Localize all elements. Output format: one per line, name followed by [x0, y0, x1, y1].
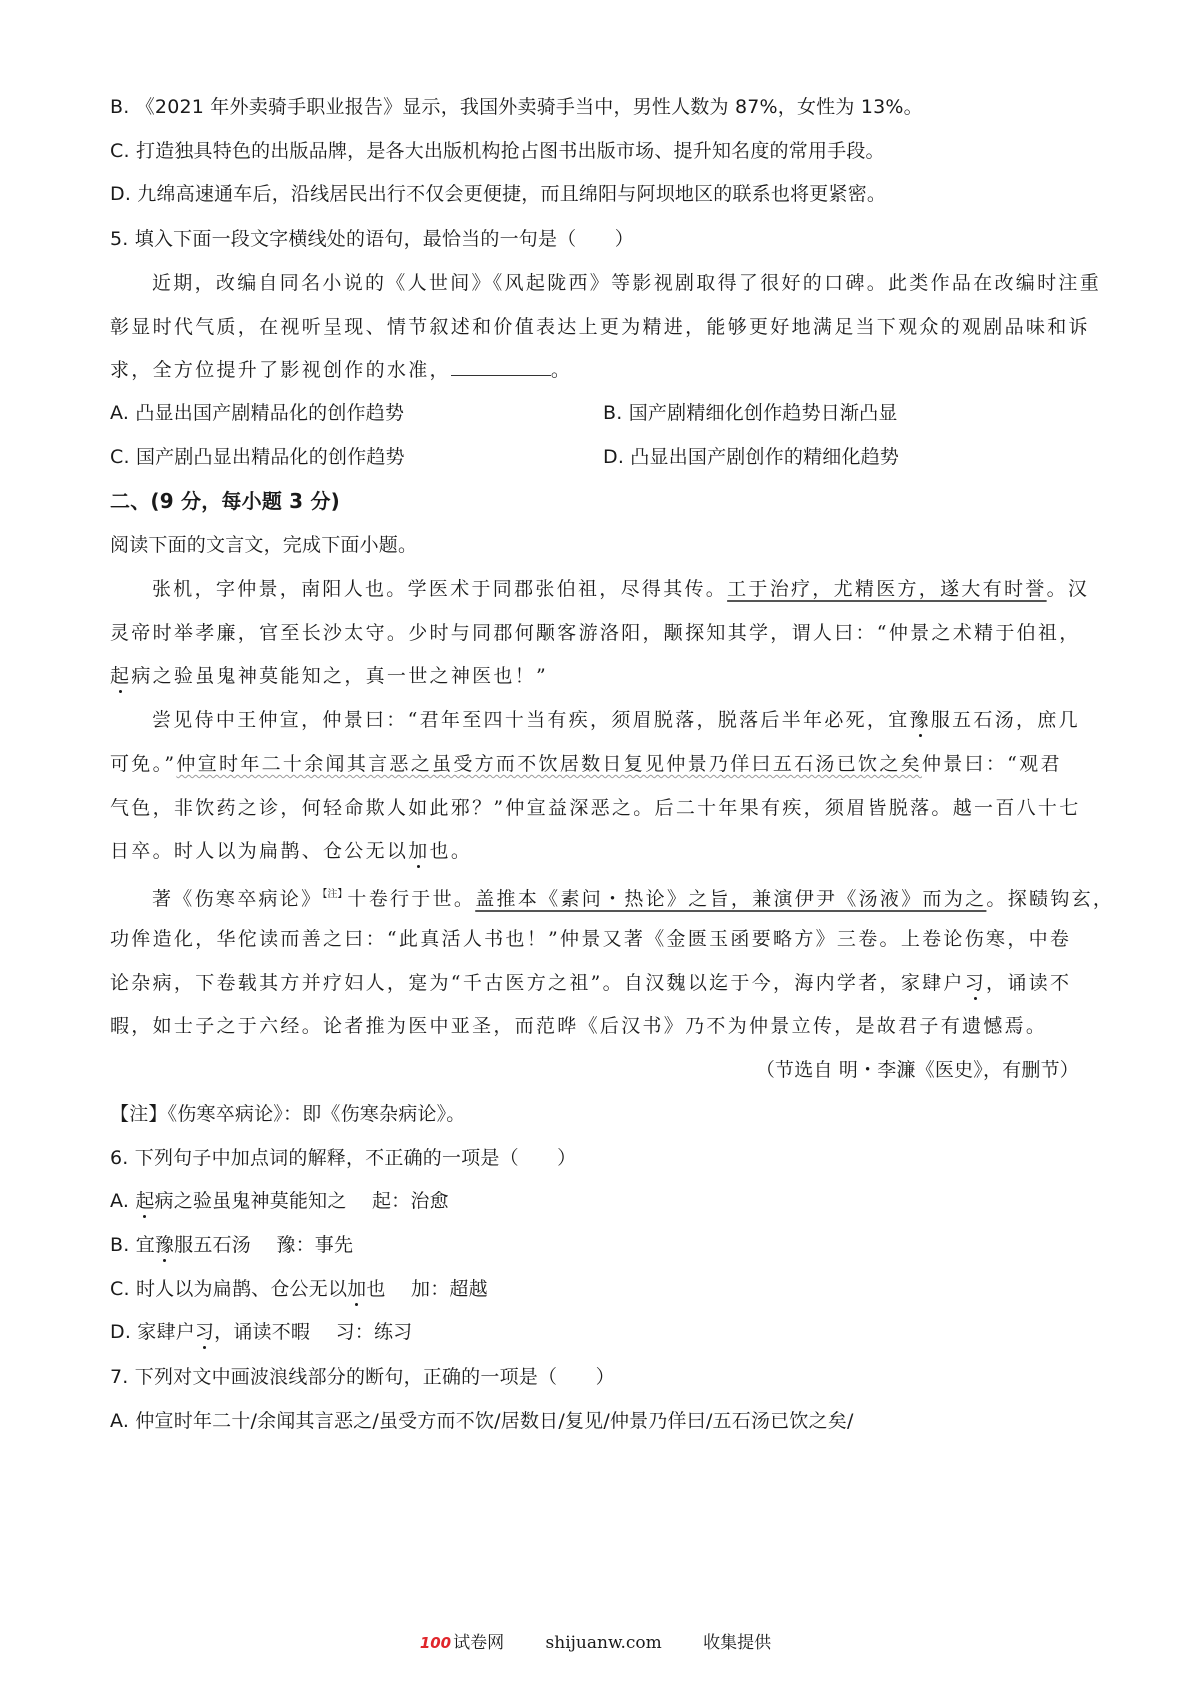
q5-passage-line-1: 近期，改编自同名小说的《人世间》《风起陇西》等影视剧取得了很好的口碑。此类作品在…: [152, 270, 1101, 296]
dotted-word: 习: [195, 1321, 214, 1343]
q5-option-c: C. 国产剧凸显出精品化的创作趋势: [110, 444, 405, 470]
passage-text: ，诵读不: [986, 972, 1071, 994]
passage-text: 。汉: [1047, 578, 1090, 600]
passage-p1-line-2: 灵帝时举孝廉，官至长沙太守。少时与同郡何颙客游洛阳，颙探知其学，谓人曰：“仲景之…: [110, 620, 1081, 646]
dotted-word: 加: [347, 1278, 366, 1300]
q5-option-d: D. 凸显出国产剧创作的精细化趋势: [603, 444, 899, 470]
dotted-word: 习: [965, 972, 986, 994]
q7-stem: 7. 下列对文中画波浪线部分的断句，正确的一项是（ ）: [110, 1364, 615, 1390]
q6-option-d: D. 家肆户习，诵读不暇 习：练习: [110, 1319, 412, 1345]
option-text: ，诵读不暇 习：练习: [214, 1321, 412, 1343]
q5-passage-line-2: 彰显时代气质，在视听呈现、情节叙述和价值表达上更为精进，能够更好地满足当下观众的…: [110, 314, 1090, 340]
passage-text: 张机，字仲景，南阳人也。学医术于同郡张伯祖，尽得其传。: [152, 578, 727, 600]
source-citation: （节选自 明・李濂《医史》，有删节）: [756, 1057, 1079, 1083]
wavy-underlined-sentence: 仲宣时年二十余闻其言恶之虽受方而不饮居数日复见仲景乃佯曰五石汤已饮之矣: [176, 753, 922, 775]
section-instruction: 阅读下面的文言文，完成下面小题。: [110, 532, 417, 558]
q5-option-a: A. 凸显出国产剧精品化的创作趋势: [110, 400, 404, 426]
passage-p1-line-3: 起病之验虽鬼神莫能知之，真一世之神医也！”: [110, 663, 548, 689]
passage-text: 尝见侍中王仲宣，仲景曰：“君年至四十当有疾，须眉脱落，脱落后半年必死，宜: [152, 709, 910, 731]
option-text: 也 加：超越: [366, 1278, 487, 1300]
page-footer: 100试卷网 shijuanw.com 收集提供: [0, 1628, 1191, 1653]
passage-p3-line-3: 论杂病，下卷载其方并疗妇人，寔为“千古医方之祖”。自汉魏以迄于今，海内学者，家肆…: [110, 970, 1071, 996]
q6-stem: 6. 下列句子中加点词的解释，不正确的一项是（ ）: [110, 1145, 576, 1171]
passage-text: 也。: [430, 840, 473, 862]
passage-p2-line-2: 可免。”仲宣时年二十余闻其言恶之虽受方而不饮居数日复见仲景乃佯曰五石汤已饮之矣仲…: [110, 751, 1062, 777]
q6-option-a: A. 起病之验虽鬼神莫能知之 起：治愈: [110, 1188, 449, 1214]
passage-text: 服五石汤，庶几: [931, 709, 1080, 731]
q4-option-d: D. 九绵高速通车后，沿线居民出行不仅会更便捷，而且绵阳与阿坝地区的联系也将更紧…: [110, 181, 886, 207]
passage-text: 仲景曰：“观君: [922, 753, 1062, 775]
dotted-word: 起: [135, 1190, 154, 1212]
dotted-word: 豫: [910, 709, 931, 731]
dotted-word: 起: [110, 665, 131, 687]
passage-p3-line-1: 著《伤寒卒病论》【注】十卷行于世。盖推本《素问・热论》之旨，兼演伊尹《汤液》而为…: [152, 882, 1114, 912]
passage-p2-line-4: 日卒。时人以为扁鹊、仓公无以加也。: [110, 838, 472, 864]
q5-passage-line-3: 求，全方位提升了影视创作的水准，。: [110, 357, 572, 383]
q4-option-c: C. 打造独具特色的出版品牌，是各大出版机构抢占图书出版市场、提升知名度的常用手…: [110, 138, 885, 164]
q6-option-b: B. 宜豫服五石汤 豫：事先: [110, 1232, 353, 1258]
footnote-marker: 【注】: [322, 889, 347, 900]
passage-text: 。探赜钩玄，: [986, 888, 1114, 910]
passage-p2-line-1: 尝见侍中王仲宣，仲景曰：“君年至四十当有疾，须眉脱落，脱落后半年必死，宜豫服五石…: [152, 707, 1080, 733]
dotted-word: 加: [408, 840, 429, 862]
passage-p1-line-1: 张机，字仲景，南阳人也。学医术于同郡张伯祖，尽得其传。工于治疗，尤精医方，遂大有…: [152, 576, 1089, 602]
passage-text: 可免。”: [110, 753, 176, 775]
q7-option-a: A. 仲宣时年二十/余闻其言恶之/虽受方而不饮/居数日/复见/仲景乃佯曰/五石汤…: [110, 1408, 854, 1434]
passage-text: 日卒。时人以为扁鹊、仓公无以: [110, 840, 408, 862]
option-text: D. 家肆户: [110, 1321, 195, 1343]
site-name: 试卷网: [453, 1633, 504, 1653]
dotted-word: 豫: [155, 1234, 174, 1256]
passage-text: 十卷行于世。: [347, 888, 475, 910]
passage-text: 论杂病，下卷载其方并疗妇人，寔为“千古医方之祖”。自汉魏以迄于今，海内学者，家肆…: [110, 972, 965, 994]
underlined-sentence: 工于治疗，尤精医方，遂大有时誉: [727, 578, 1047, 600]
logo-100-icon: 100: [420, 1634, 451, 1652]
option-text: 服五石汤 豫：事先: [174, 1234, 353, 1256]
option-text: B. 宜: [110, 1234, 155, 1256]
q5-passage-end: 。: [551, 359, 572, 381]
footnote: 【注】《伤寒卒病论》：即《伤寒杂病论》。: [110, 1101, 466, 1127]
q6-option-c: C. 时人以为扁鹊、仓公无以加也 加：超越: [110, 1276, 488, 1302]
q5-passage-text: 求，全方位提升了影视创作的水准，: [110, 359, 451, 381]
option-text: 病之验虽鬼神莫能知之 起：治愈: [155, 1190, 449, 1212]
credit-text: 收集提供: [703, 1633, 771, 1653]
passage-p3-line-2: 功侔造化，华佗读而善之曰：“此真活人书也！”仲景又著《金匮玉函要略方》三卷。上卷…: [110, 926, 1071, 952]
answer-blank: [451, 357, 551, 376]
q5-stem: 5. 填入下面一段文字横线处的语句，最恰当的一句是（ ）: [110, 226, 634, 252]
passage-p3-line-4: 暇，如士子之于六经。论者推为医中亚圣，而范晔《后汉书》乃不为仲景立传，是故君子有…: [110, 1013, 1047, 1039]
underlined-sentence: 盖推本《素问・热论》之旨，兼演伊尹《汤液》而为之: [475, 888, 986, 910]
q4-option-b: B. 《2021 年外卖骑手职业报告》显示，我国外卖骑手当中，男性人数为 87%…: [110, 94, 923, 120]
passage-text: 著《伤寒卒病论》: [152, 888, 322, 910]
site-url[interactable]: shijuanw.com: [546, 1633, 662, 1653]
option-text: C. 时人以为扁鹊、仓公无以: [110, 1278, 347, 1300]
passage-p2-line-3: 气色，非饮药之诊，何轻命欺人如此邪？”仲宣益深恶之。后二十年果有疾，须眉皆脱落。…: [110, 795, 1081, 821]
passage-text: 病之验虽鬼神莫能知之，真一世之神医也！”: [131, 665, 548, 687]
option-text: A.: [110, 1190, 135, 1212]
section-heading: 二、(9 分，每小题 3 分): [110, 488, 340, 514]
q5-option-b: B. 国产剧精细化创作趋势日渐凸显: [603, 400, 898, 426]
